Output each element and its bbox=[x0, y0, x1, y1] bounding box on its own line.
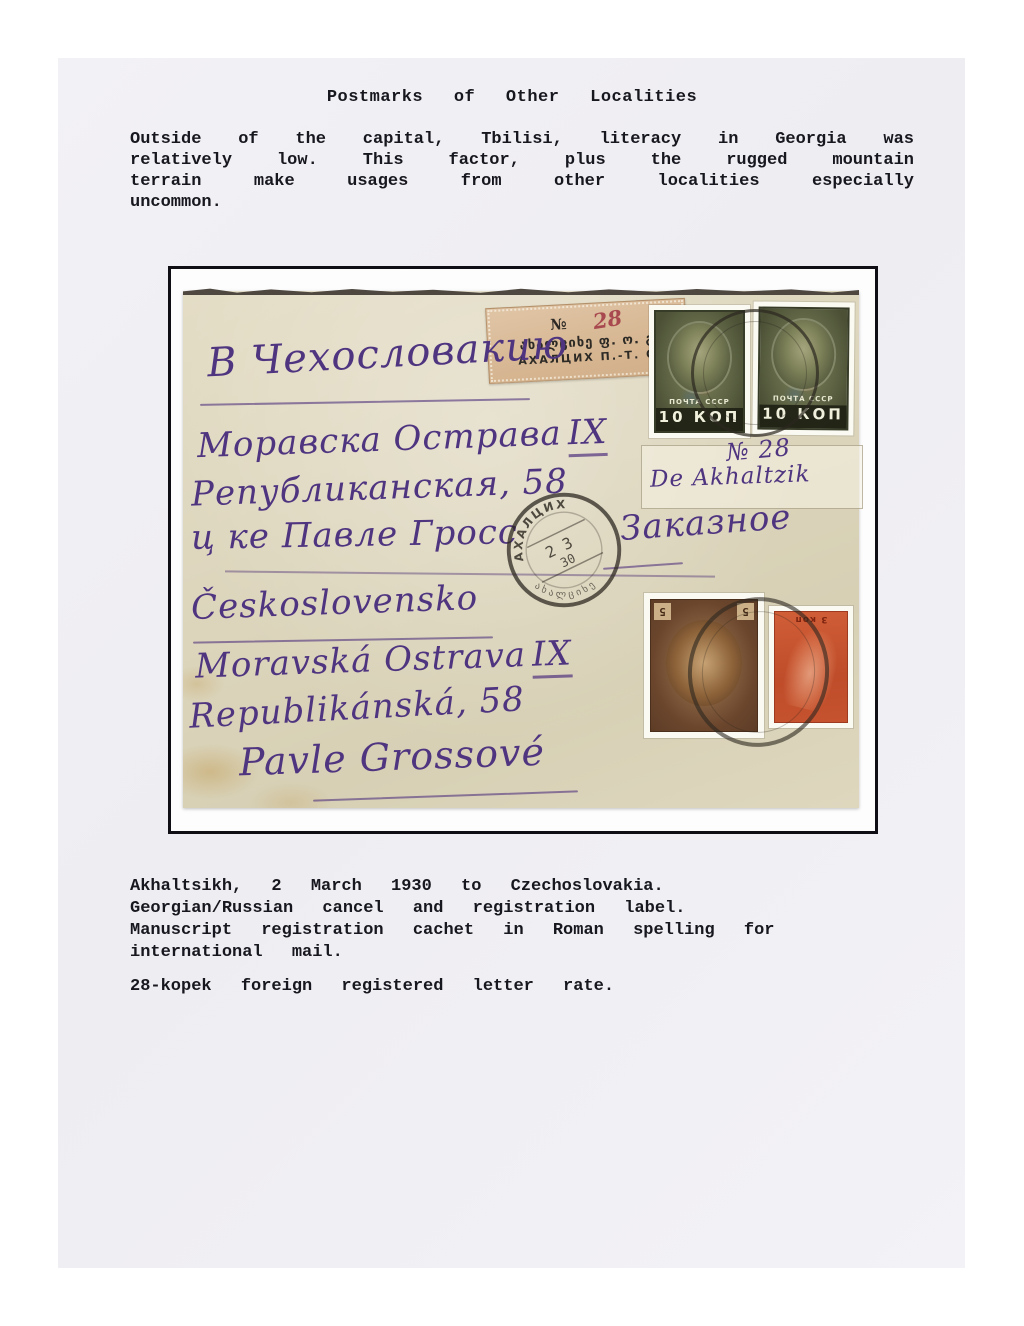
envelope: №28 ახალციხე ფ. ო. გ АХАЛЦИХ П.-Т. О ПОЧ… bbox=[183, 291, 859, 808]
address-line-addressee-cyrillic: ц ке Павле Гросс bbox=[191, 512, 519, 558]
scanned-album-page: Postmarks of Other Localities Outside of… bbox=[58, 58, 965, 1268]
caption-line: Georgian/Russian cancel and registration… bbox=[130, 898, 930, 920]
address-line-country-latin: Československo bbox=[190, 578, 478, 628]
intro-line: relatively low. This factor, plus the ru… bbox=[130, 150, 914, 171]
exhibit-frame: №28 ახალციხე ფ. ო. გ АХАЛЦИХ П.-Т. О ПОЧ… bbox=[168, 266, 878, 834]
rate-line: 28-kopek foreign registered letter rate. bbox=[130, 977, 930, 996]
caption-line: international mail. bbox=[130, 942, 930, 964]
district-numeral: IX bbox=[567, 412, 608, 457]
manuscript-cachet-origin: De Akhaltzik bbox=[650, 461, 811, 493]
registration-number-manuscript: 28 bbox=[591, 305, 624, 334]
caption-block: Akhaltsikh, 2 March 1930 to Czechoslovak… bbox=[130, 876, 930, 964]
torn-edge bbox=[183, 287, 859, 295]
underline bbox=[200, 398, 530, 406]
intro-line: terrain make usages from other localitie… bbox=[130, 171, 914, 192]
city-text: Моравска Острава bbox=[196, 413, 562, 466]
underline bbox=[313, 790, 578, 801]
address-line-addressee-latin: Pavle Grossové bbox=[238, 730, 545, 785]
cancel-on-stamps bbox=[691, 309, 819, 437]
city-text: Moravská Ostrava bbox=[194, 635, 526, 687]
address-line-street-latin: Republikánská, 58 bbox=[188, 679, 526, 737]
intro-line: Outside of the capital, Tbilisi, literac… bbox=[130, 129, 914, 150]
stamp-denomination: 5 bbox=[654, 603, 671, 620]
intro-line: uncommon. bbox=[130, 192, 914, 213]
district-numeral: IX bbox=[531, 633, 572, 678]
address-line-city-cyrillic: Моравска ОстраваIX bbox=[196, 412, 608, 466]
caption-line: Akhaltsikh, 2 March 1930 to Czechoslovak… bbox=[130, 876, 930, 898]
page-title: Postmarks of Other Localities bbox=[0, 88, 1024, 107]
caption-line: Manuscript registration cachet in Roman … bbox=[130, 920, 930, 942]
intro-paragraph: Outside of the capital, Tbilisi, literac… bbox=[130, 129, 914, 213]
